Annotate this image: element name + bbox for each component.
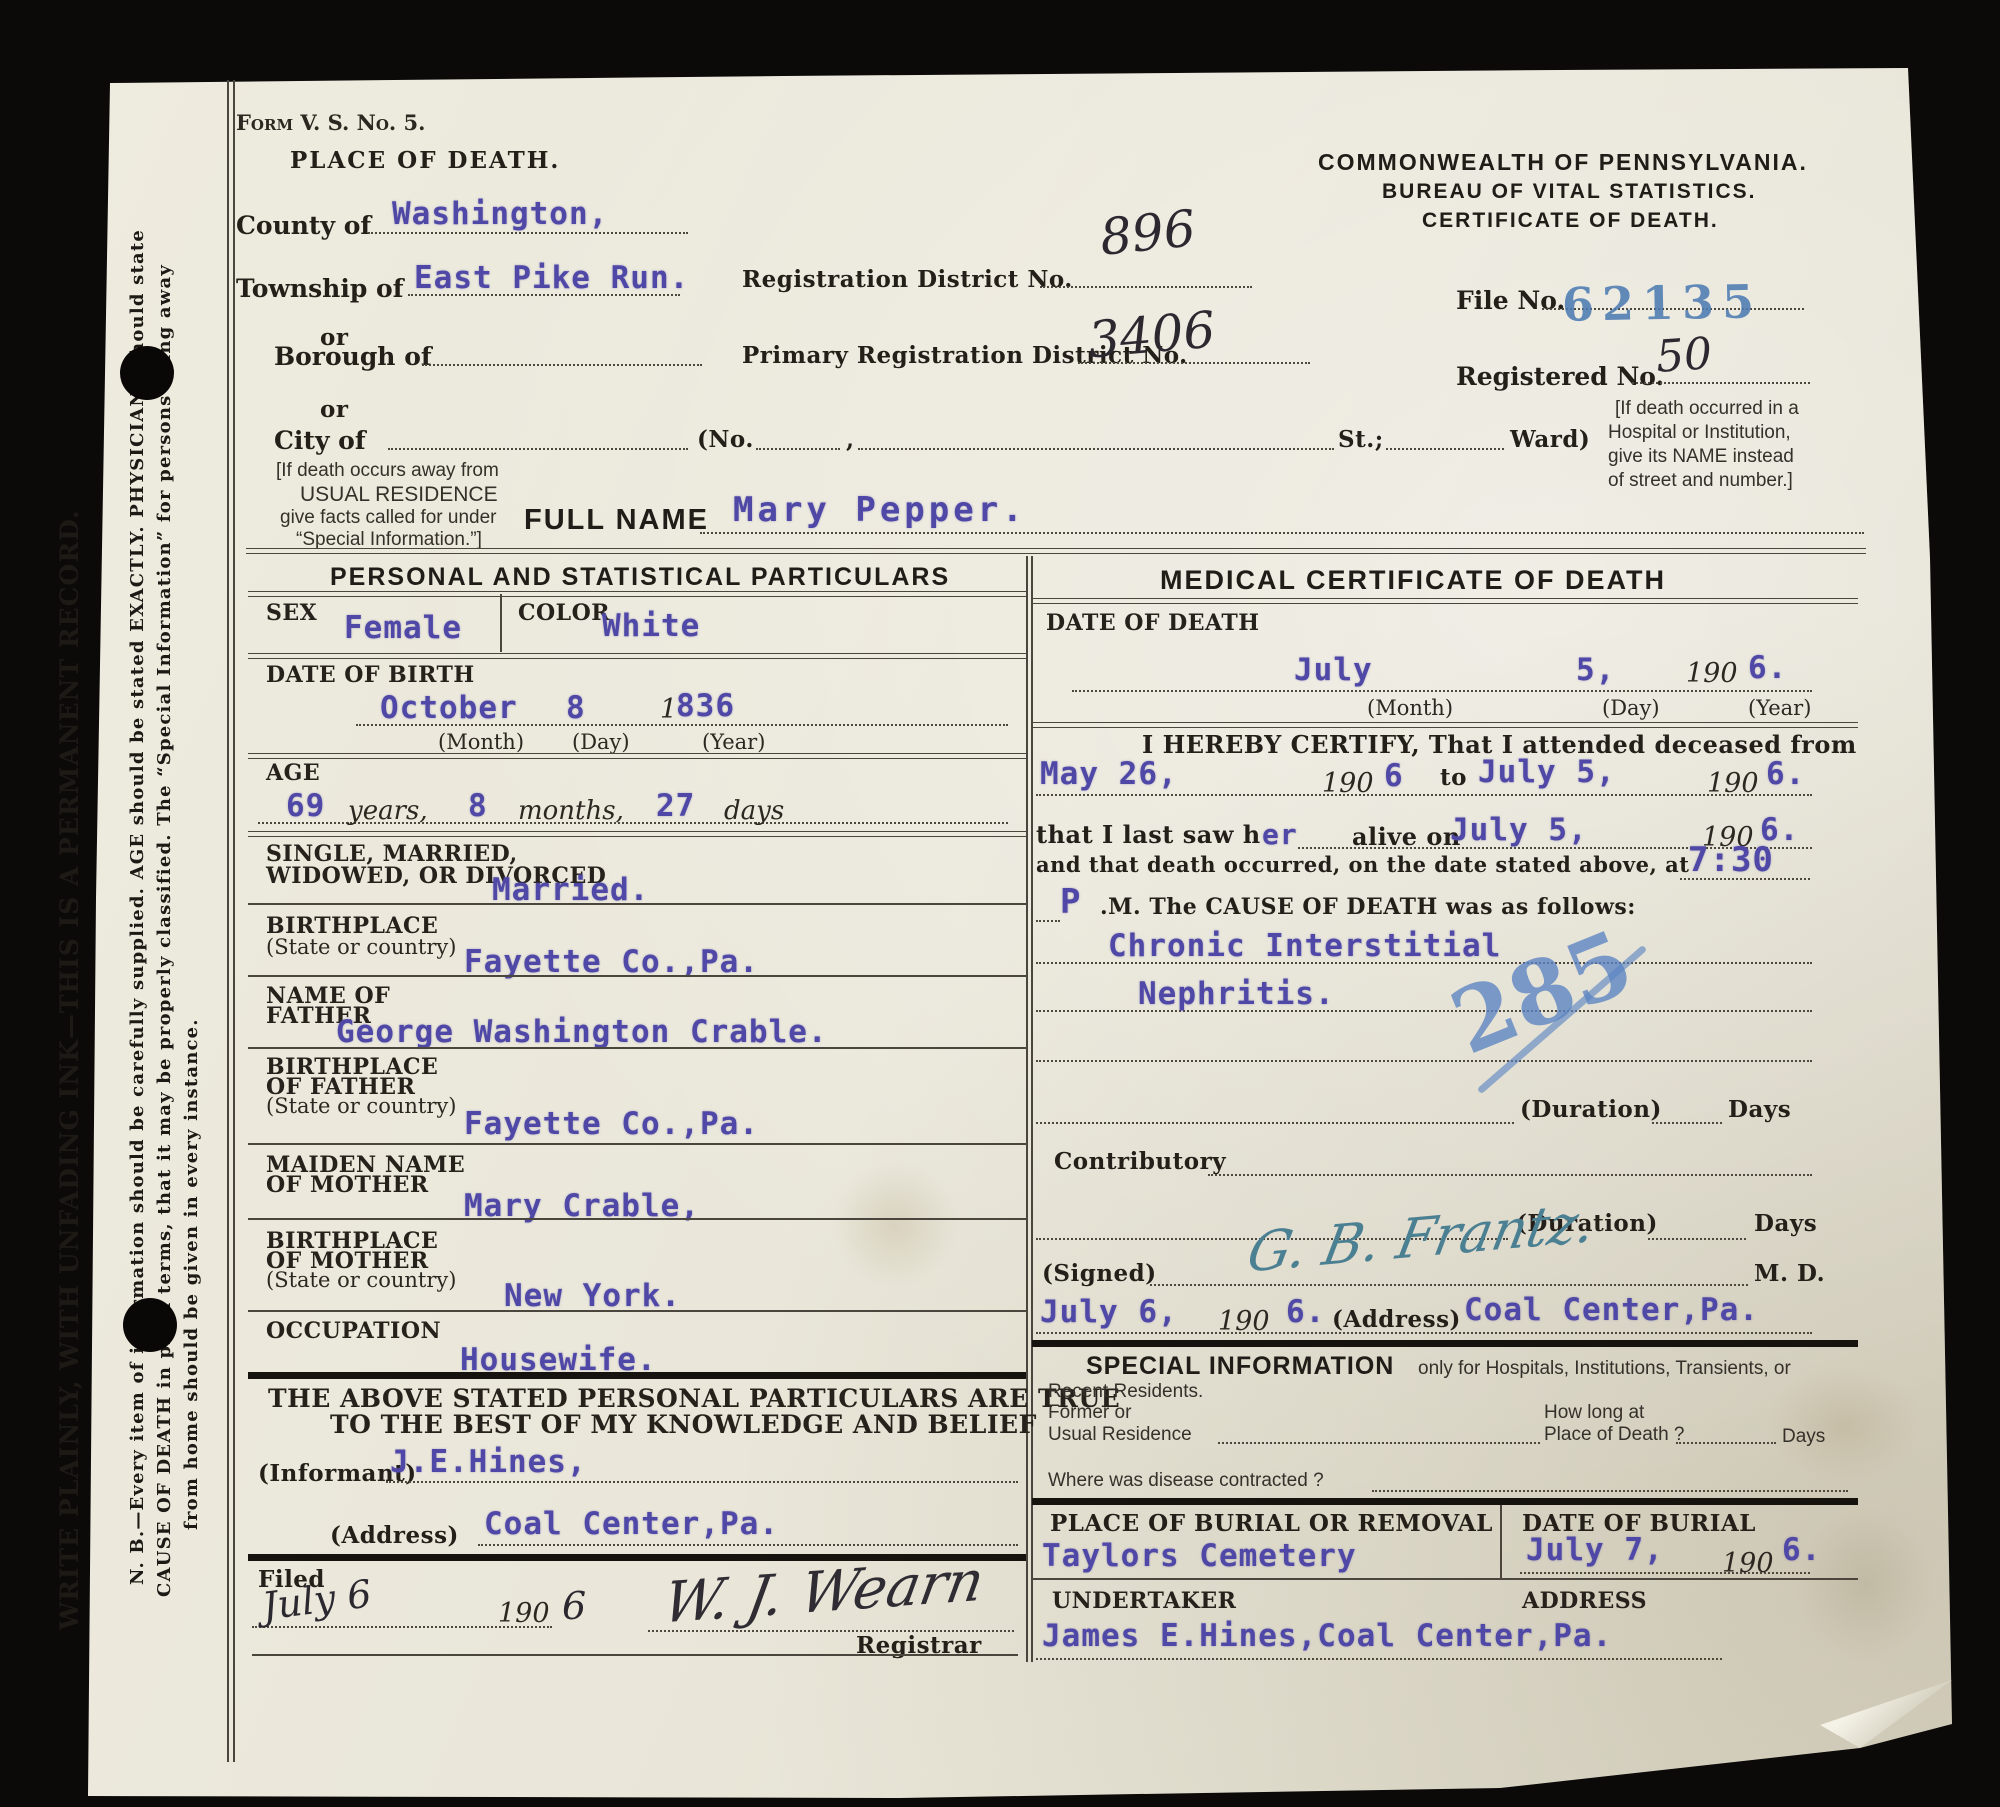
rule xyxy=(252,1654,1018,1656)
full-name-label: FULL NAME xyxy=(524,504,709,537)
rule xyxy=(248,1047,1026,1049)
punch-hole xyxy=(120,346,174,400)
age-label: AGE xyxy=(266,760,320,786)
body-top-rule xyxy=(246,548,1866,554)
rule xyxy=(248,903,1026,905)
form-number: Form V. S. No. 5. xyxy=(236,110,425,135)
attended-from-line xyxy=(1036,794,1812,796)
ward-label: Ward) xyxy=(1510,426,1590,453)
printed-century: 190 xyxy=(1322,768,1374,799)
sex-label: SEX xyxy=(266,600,317,626)
father-birthplace-value: Fayette Co.,Pa. xyxy=(464,1106,759,1142)
informant-value: J.E.Hines, xyxy=(390,1444,587,1480)
md-label: M. D. xyxy=(1754,1260,1825,1287)
date-of-birth-label: DATE OF BIRTH xyxy=(266,662,475,688)
age-months-value: 8 xyxy=(468,788,488,824)
date-of-death-line xyxy=(1072,690,1812,692)
how-long-days-word: Days xyxy=(1782,1426,1825,1448)
heavy-rule xyxy=(248,1372,1026,1379)
street-line xyxy=(858,448,1334,450)
rule xyxy=(1032,598,1858,604)
rule xyxy=(248,1143,1026,1145)
residence-note-line2: USUAL RESIDENCE xyxy=(300,483,498,507)
informant-line xyxy=(386,1481,1018,1483)
mother-birthplace-value: New York. xyxy=(504,1278,681,1314)
mother-maiden-label-2: OF MOTHER xyxy=(266,1172,429,1198)
city-line xyxy=(388,448,688,450)
cause-line-3-rule xyxy=(1036,1060,1812,1062)
state-country-caption: (State or country) xyxy=(266,1094,456,1118)
special-information-note2: Recent Residents. xyxy=(1048,1381,1203,1403)
county-label: County of xyxy=(236,211,371,240)
date-of-death-label: DATE OF DEATH xyxy=(1046,610,1260,636)
rule xyxy=(1032,722,1858,728)
age-days-value: 27 xyxy=(656,788,695,824)
column-divider xyxy=(1026,556,1028,1662)
photographed-death-certificate: WRITE PLAINLY, WITH UNFADING INK—THIS IS… xyxy=(0,0,2000,1807)
hospital-note-line2: Hospital or Institution, xyxy=(1608,422,1791,444)
last-seen-date-value: July 5, xyxy=(1450,812,1588,848)
file-no-stamp: 62135 xyxy=(1562,274,1763,331)
printed-century: 190 xyxy=(1218,1306,1270,1337)
meridiem-line xyxy=(1036,920,1060,922)
hospital-note-line3: give its NAME instead xyxy=(1608,446,1794,468)
sign-year-value: 6. xyxy=(1286,1294,1325,1330)
burial-date-value: July 7, xyxy=(1526,1532,1664,1568)
duration2-days-line xyxy=(1648,1238,1746,1240)
or-word: or xyxy=(320,396,348,423)
full-name-value: Mary Pepper. xyxy=(733,490,1027,530)
residence-note-line1: [If death occurs away from xyxy=(276,460,499,482)
filed-year-value: 6 xyxy=(562,1584,586,1628)
township-value: East Pike Run. xyxy=(414,260,689,296)
duration-label: (Duration) xyxy=(1520,1096,1662,1123)
full-name-line xyxy=(700,532,1864,534)
death-time-value: 7:30 xyxy=(1688,840,1774,880)
printed-century: 190 xyxy=(1686,658,1738,689)
place-of-death-heading: PLACE OF DEATH. xyxy=(290,147,560,174)
attended-to-year: 6. xyxy=(1766,756,1805,792)
street-no-line xyxy=(756,448,840,450)
truth-statement-line2: TO THE BEST OF MY KNOWLEDGE AND BELIEF xyxy=(330,1410,1037,1439)
physician-address-value: Coal Center,Pa. xyxy=(1464,1292,1759,1328)
street-suffix-label: St.; xyxy=(1338,426,1384,453)
undertaker-value: James E.Hines,Coal Center,Pa. xyxy=(1042,1618,1612,1654)
rule xyxy=(248,1218,1026,1220)
registered-no-label: Registered No. xyxy=(1456,362,1664,391)
registration-district-line xyxy=(1040,286,1252,288)
margin-rule xyxy=(233,80,235,1762)
undertaker-address-label: ADDRESS xyxy=(1522,1588,1647,1614)
undertaker-line xyxy=(1036,1658,1722,1660)
how-long-label1: How long at xyxy=(1544,1402,1644,1424)
former-residence-label1: Former or xyxy=(1048,1402,1131,1424)
alive-on-label: alive on xyxy=(1352,822,1461,851)
comma-separator: , xyxy=(846,426,855,453)
heavy-rule xyxy=(1032,1340,1858,1347)
hospital-note-line1: [If death occurred in a xyxy=(1615,398,1799,420)
duration-line xyxy=(1036,1122,1514,1124)
color-label: COLOR xyxy=(518,600,610,626)
cause-of-death-intro: .M. The CAUSE OF DEATH was as follows: xyxy=(1100,894,1636,920)
former-residence-line xyxy=(1218,1442,1540,1444)
ward-line xyxy=(1386,448,1504,450)
physician-address-label: (Address) xyxy=(1332,1306,1461,1333)
attended-from-year: 6 xyxy=(1384,758,1404,794)
rule xyxy=(248,1310,1026,1312)
rule xyxy=(248,975,1026,977)
rule xyxy=(248,591,1026,597)
truth-statement-line1: THE ABOVE STATED PERSONAL PARTICULARS AR… xyxy=(268,1384,1120,1413)
year-caption: (Year) xyxy=(1748,696,1811,720)
burial-place-value: Taylors Cemetery xyxy=(1042,1538,1357,1574)
signature-line xyxy=(1150,1284,1748,1286)
punch-hole xyxy=(123,1298,177,1352)
birth-month-value: October xyxy=(380,690,518,726)
medical-section-title: MEDICAL CERTIFICATE OF DEATH xyxy=(1160,565,1666,596)
printed-century: 190 xyxy=(1707,768,1759,799)
burial-divider xyxy=(1500,1505,1502,1578)
commonwealth-heading: COMMONWEALTH OF PENNSYLVANIA. xyxy=(1318,149,1808,176)
county-line xyxy=(368,232,688,234)
special-information-title: SPECIAL INFORMATION xyxy=(1086,1352,1394,1381)
death-occurred-label: and that death occurred, on the date sta… xyxy=(1036,852,1689,877)
day-caption: (Day) xyxy=(572,730,630,754)
birth-year-printed-prefix: 1 xyxy=(660,694,677,725)
disease-contracted-label: Where was disease contracted ? xyxy=(1048,1470,1324,1492)
to-word: to xyxy=(1440,764,1467,791)
years-word: years, xyxy=(348,796,428,826)
former-residence-label2: Usual Residence xyxy=(1048,1424,1192,1446)
attended-from-value: May 26, xyxy=(1040,756,1178,792)
margin-nb-line2: CAUSE OF DEATH in plain terms, that it m… xyxy=(153,264,176,1597)
sex-value: Female xyxy=(344,610,462,646)
city-label: City of xyxy=(274,426,366,455)
informant-address-line xyxy=(478,1544,1018,1546)
registration-district-value: 896 xyxy=(1097,199,1198,267)
borough-label: Borough of xyxy=(274,342,432,371)
cause-of-death-line1: Chronic Interstitial xyxy=(1108,928,1501,964)
special-information-note: only for Hospitals, Institutions, Transi… xyxy=(1418,1358,1791,1380)
days-word: days xyxy=(724,796,784,826)
age-years-value: 69 xyxy=(286,788,325,824)
death-year-value: 6. xyxy=(1748,650,1787,686)
rule xyxy=(248,831,1026,837)
disease-contracted-line xyxy=(1372,1490,1848,1492)
last-saw-pronoun-suffix: er xyxy=(1262,818,1298,851)
birth-year-value: 836 xyxy=(676,688,735,724)
father-name-value: George Washington Crable. xyxy=(336,1014,828,1050)
rule xyxy=(248,753,1026,759)
file-no-label: File No. xyxy=(1456,286,1565,315)
margin-nb-line1: N. B.—Every item of information should b… xyxy=(126,229,149,1585)
street-no-label: (No. xyxy=(697,426,754,453)
rule xyxy=(1032,1578,1858,1580)
birth-day-value: 8 xyxy=(566,690,586,726)
day-caption: (Day) xyxy=(1602,696,1660,720)
personal-section-title: PERSONAL AND STATISTICAL PARTICULARS xyxy=(330,563,950,592)
duration-days-line xyxy=(1652,1122,1722,1124)
printed-century: 190 xyxy=(1722,1548,1774,1579)
informant-address-label: (Address) xyxy=(330,1522,459,1549)
burial-year-value: 6. xyxy=(1782,1532,1821,1568)
informant-address-value: Coal Center,Pa. xyxy=(484,1506,779,1542)
month-caption: (Month) xyxy=(438,730,524,754)
township-label: Township of xyxy=(236,274,403,303)
filed-century-printed: 190 xyxy=(498,1598,550,1629)
bureau-heading: BUREAU OF VITAL STATISTICS. xyxy=(1382,180,1756,204)
sex-color-divider xyxy=(500,594,502,652)
month-caption: (Month) xyxy=(1367,696,1453,720)
rule xyxy=(248,653,1026,659)
residence-note-line3: give facts called for under xyxy=(280,507,497,529)
registered-no-value: 50 xyxy=(1654,328,1713,383)
duration-days-word: Days xyxy=(1728,1096,1791,1123)
duration2-days-word: Days xyxy=(1754,1210,1817,1237)
death-day-value: 5, xyxy=(1576,652,1615,688)
contributory-line xyxy=(1208,1174,1812,1176)
meridiem-value: P xyxy=(1060,882,1081,922)
sign-date-value: July 6, xyxy=(1040,1294,1178,1330)
undertaker-label: UNDERTAKER xyxy=(1052,1588,1236,1614)
margin-rule xyxy=(227,80,229,1762)
borough-line xyxy=(422,364,702,366)
contributory-label: Contributory xyxy=(1054,1148,1226,1175)
certificate-heading: CERTIFICATE OF DEATH. xyxy=(1422,209,1719,233)
county-value: Washington, xyxy=(392,196,608,232)
occupation-label: OCCUPATION xyxy=(266,1318,441,1344)
margin-warning-text: WRITE PLAINLY, WITH UNFADING INK—THIS IS… xyxy=(54,509,86,1630)
primary-registration-value: 3406 xyxy=(1086,301,1218,370)
attended-to-value: July 5, xyxy=(1478,754,1616,790)
state-country-caption: (State or country) xyxy=(266,1268,456,1292)
death-month-value: July xyxy=(1294,652,1373,688)
last-saw-label: that I last saw h xyxy=(1036,820,1261,849)
state-country-caption: (State or country) xyxy=(266,935,456,959)
burial-place-label: PLACE OF BURIAL OR REMOVAL xyxy=(1050,1510,1493,1537)
year-caption: (Year) xyxy=(702,730,765,754)
months-word: months, xyxy=(518,796,624,826)
registration-district-label: Registration District No. xyxy=(742,266,1073,293)
how-long-label2: Place of Death ? xyxy=(1544,1424,1684,1446)
hospital-note-line4: of street and number.] xyxy=(1608,470,1793,492)
color-value: White xyxy=(602,608,700,644)
cause-of-death-line2: Nephritis. xyxy=(1138,976,1335,1012)
signed-label: (Signed) xyxy=(1042,1260,1157,1287)
how-long-line xyxy=(1676,1442,1776,1444)
margin-nb-line3: from home should be given in every insta… xyxy=(180,1018,203,1530)
heavy-rule xyxy=(1032,1498,1858,1505)
